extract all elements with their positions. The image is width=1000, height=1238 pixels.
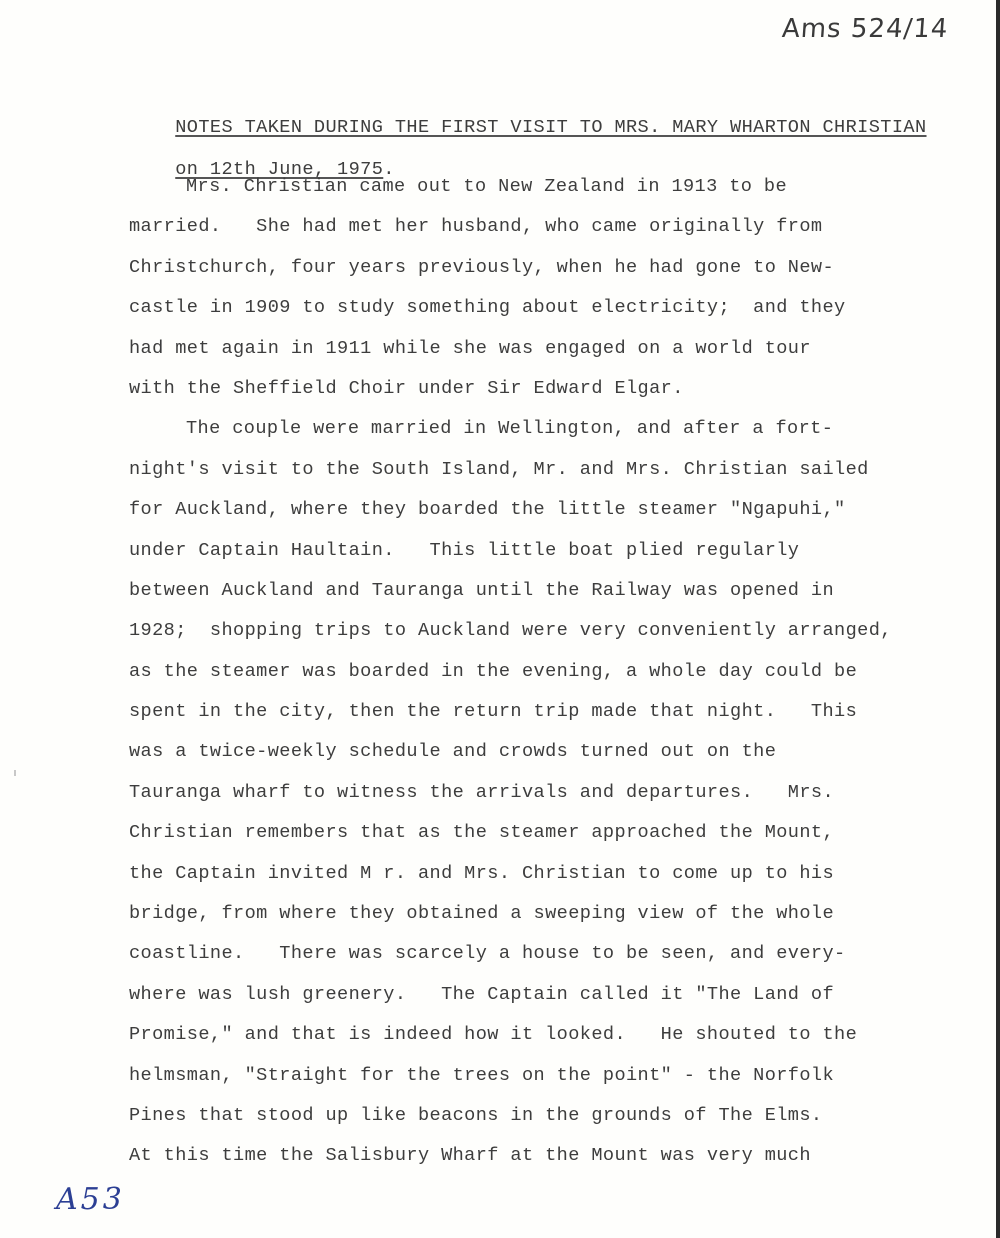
paragraph-line: night's visit to the South Island, Mr. a… <box>129 457 989 497</box>
paragraph-line: helmsman, "Straight for the trees on the… <box>129 1063 989 1103</box>
document-body: Mrs. Christian came out to New Zealand i… <box>129 174 989 1184</box>
paragraph-line: as the steamer was boarded in the evenin… <box>129 659 989 699</box>
paragraph-line: Pines that stood up like beacons in the … <box>129 1103 989 1143</box>
paragraph-line: Promise," and that is indeed how it look… <box>129 1022 989 1062</box>
archive-reference-handwritten: Ams 524/14 <box>781 14 950 44</box>
paragraph-line: Tauranga wharf to witness the arrivals a… <box>129 780 989 820</box>
paragraph-line: with the Sheffield Choir under Sir Edwar… <box>129 376 989 416</box>
paragraph-line: for Auckland, where they boarded the lit… <box>129 497 989 537</box>
paragraph-2: The couple were married in Wellington, a… <box>129 416 989 1183</box>
paragraph-line: castle in 1909 to study something about … <box>129 295 989 335</box>
paragraph-line: had met again in 1911 while she was enga… <box>129 336 989 376</box>
paragraph-line: bridge, from where they obtained a sweep… <box>129 901 989 941</box>
paragraph-line: was a twice-weekly schedule and crowds t… <box>129 739 989 779</box>
paragraph-1: Mrs. Christian came out to New Zealand i… <box>129 174 989 416</box>
paragraph-line: under Captain Haultain. This little boat… <box>129 538 989 578</box>
paragraph-line: coastline. There was scarcely a house to… <box>129 941 989 981</box>
paragraph-line: the Captain invited M r. and Mrs. Christ… <box>129 861 989 901</box>
paragraph-line: Christian remembers that as the steamer … <box>129 820 989 860</box>
paragraph-line: Mrs. Christian came out to New Zealand i… <box>129 174 989 214</box>
paragraph-line: The couple were married in Wellington, a… <box>129 416 989 456</box>
folio-annotation-handwritten: A53 <box>56 1182 125 1217</box>
title-line-1: NOTES TAKEN DURING THE FIRST VISIT TO MR… <box>175 117 926 138</box>
paragraph-line: spent in the city, then the return trip … <box>129 699 989 739</box>
paragraph-line: married. She had met her husband, who ca… <box>129 214 989 254</box>
scan-border-edge <box>996 0 1000 1238</box>
paragraph-line: At this time the Salisbury Wharf at the … <box>129 1143 989 1183</box>
paragraph-line: where was lush greenery. The Captain cal… <box>129 982 989 1022</box>
paragraph-line: 1928; shopping trips to Auckland were ve… <box>129 618 989 658</box>
paragraph-line: Christchurch, four years previously, whe… <box>129 255 989 295</box>
scan-speck <box>14 770 16 776</box>
paragraph-line: between Auckland and Tauranga until the … <box>129 578 989 618</box>
scanned-page: Ams 524/14 NOTES TAKEN DURING THE FIRST … <box>0 0 996 1238</box>
